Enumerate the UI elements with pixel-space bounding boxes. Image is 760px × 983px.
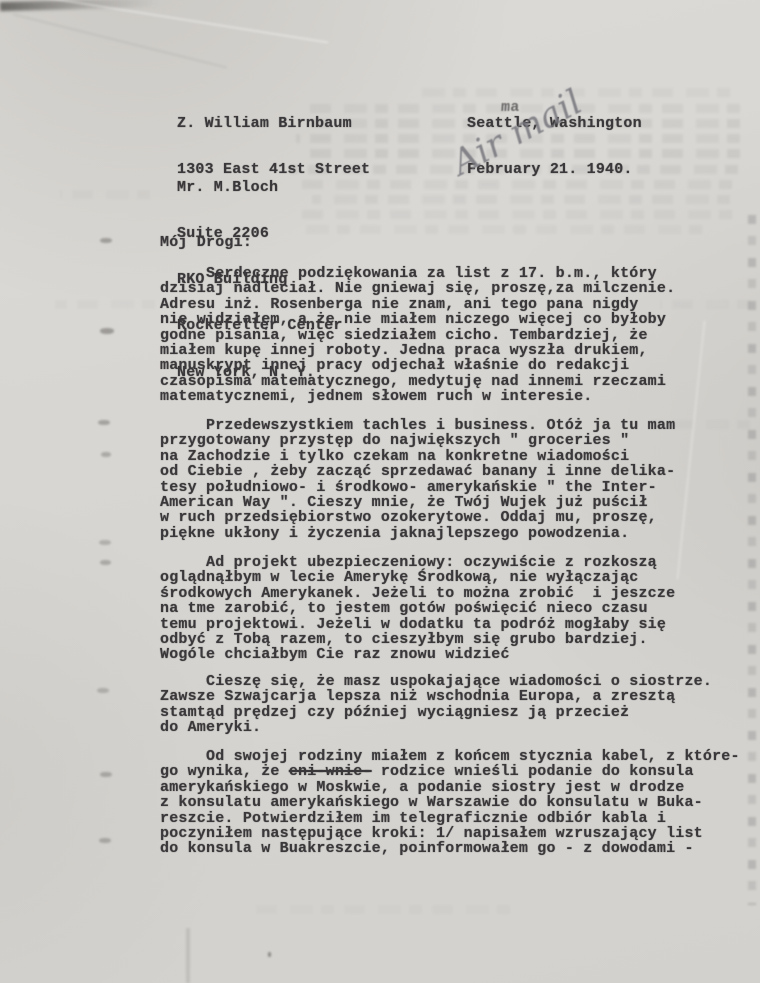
- paragraph-3: Ad projekt ubezpieczeniowy: oczywiście z…: [160, 555, 675, 663]
- margin-smudge: [99, 838, 111, 843]
- margin-smudge: [100, 772, 112, 777]
- margin-smudge: [100, 238, 112, 243]
- margin-smudge: [100, 328, 114, 334]
- sender-name: Z. William Birnbaum: [177, 116, 370, 131]
- margin-smudge: [98, 420, 110, 425]
- paragraph-5: Od swojej rodziny miałem z końcem styczn…: [160, 749, 740, 857]
- crease-line: [676, 321, 705, 580]
- paragraph-2: Przedewszystkiem tachles i business. Otó…: [160, 418, 675, 541]
- salutation: Mój Drogi:: [160, 235, 252, 250]
- recipient-line: Mr. M.Bloch: [177, 180, 343, 195]
- bleedthrough-texture: [306, 225, 702, 234]
- bleedthrough-texture: [296, 210, 732, 219]
- margin-smudge: [101, 452, 111, 457]
- crease-line: [186, 928, 190, 983]
- bleedthrough-right-edge: [748, 215, 756, 905]
- margin-smudge: [100, 560, 111, 565]
- margin-smudge: [99, 540, 111, 545]
- paragraph-4: Cieszę się, że masz uspokajające wiadomo…: [160, 674, 712, 736]
- paragraph-1: Serdeczne podziękowania za list z 17. b.…: [160, 266, 675, 405]
- bleedthrough-texture: [250, 905, 510, 914]
- scanned-letter-page: Z. William Birnbaum 1303 East 41st Stree…: [0, 0, 760, 983]
- bleedthrough-texture: [60, 190, 150, 199]
- margin-smudge: [97, 688, 109, 693]
- bottom-speck: [268, 952, 271, 957]
- bleedthrough-texture: [55, 300, 155, 309]
